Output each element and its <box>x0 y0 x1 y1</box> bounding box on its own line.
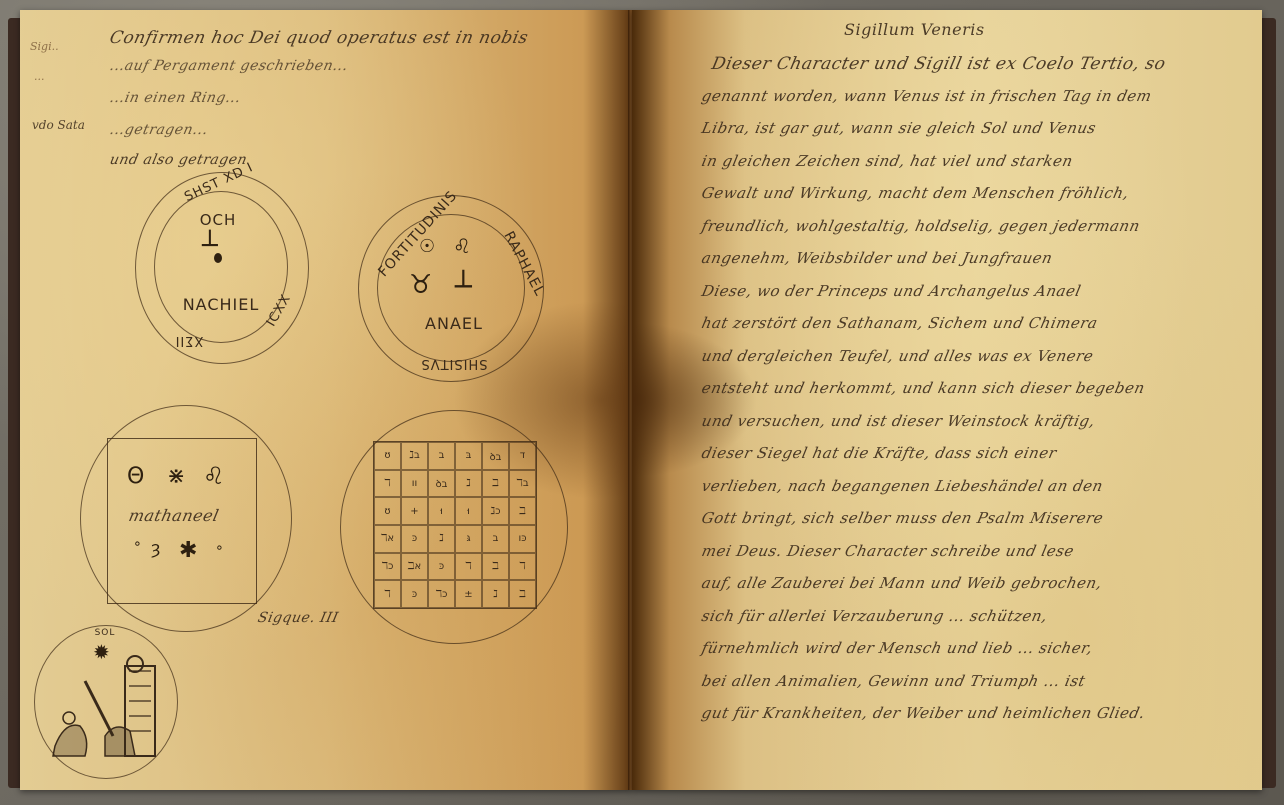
handwritten-line: entsteht und herkommt, und kann sich die… <box>700 379 1147 397</box>
handwritten-line: freundlich, wohlgestaltig, holdselig, ge… <box>700 217 1142 235</box>
grid-cell: ℸ <box>509 553 536 581</box>
handwritten-line: ...auf Pergament geschrieben... <box>108 58 349 74</box>
grid-cell: ℶ <box>509 497 536 525</box>
handwritten-line: Confirmen hoc Dei quod operatus est in n… <box>108 28 530 48</box>
right-page: Sigillum Veneris Dieser Character und Si… <box>632 10 1262 790</box>
handwritten-line: und also getragen <box>108 152 248 168</box>
grid-cell: ב <box>482 525 509 553</box>
seal-lower-text: ΧΣΙΙ <box>164 333 214 348</box>
king-throne-illustration-icon <box>35 626 177 778</box>
seal-inner-top: OCH <box>188 211 248 229</box>
grid-cell: + <box>401 497 428 525</box>
grid-cell: ℶ <box>509 580 536 608</box>
page-title: Sigillum Veneris <box>844 20 985 39</box>
grid-cell: ꝺב <box>482 442 509 470</box>
handwritten-line: genannt worden, wann Venus ist in frisch… <box>700 87 1153 105</box>
handwritten-line: gut für Krankheiten, der Weiber und heim… <box>700 704 1147 722</box>
seal-inner-text: mathaneel <box>127 506 221 525</box>
seal-inner-bottom: ANAEL <box>409 314 499 333</box>
grid-cell: בּ <box>455 442 482 470</box>
star-cross-symbol-icon: ⋇ <box>167 464 185 489</box>
grid-cell: ℷ <box>482 580 509 608</box>
handwritten-line: Dieser Character und Sigill ist ex Coelo… <box>710 54 1168 74</box>
circle-symbol-icon: ∘ <box>215 540 224 556</box>
ink-dot-icon <box>214 253 222 263</box>
handwritten-line: bei allen Animalien, Gewinn und Triumph … <box>700 672 1087 690</box>
handwritten-line: auf, alle Zauberei bei Mann und Weib geb… <box>700 574 1104 592</box>
grid-cell: וּ <box>455 497 482 525</box>
handwritten-line: Gewalt und Wirkung, macht dem Menschen f… <box>700 184 1131 202</box>
handwritten-line: mei Deus. Dieser Character schreibe und … <box>700 542 1076 560</box>
grid-cell: ℸ <box>455 553 482 581</box>
handwritten-line: in gleichen Zeichen sind, hat viel und s… <box>700 152 1075 170</box>
grid-cell: ℷ <box>428 525 455 553</box>
handwritten-line: und dergleichen Teufel, und alles was ex… <box>700 347 1095 365</box>
figure-caption: Sigque. III <box>256 610 340 626</box>
margin-note: ... <box>34 70 45 83</box>
handwritten-line: Libra, ist gar gut, wann sie gleich Sol … <box>700 119 1098 137</box>
handwritten-line: angenehm, Weibsbilder und bei Jungfrauen <box>700 249 1054 267</box>
taurus-symbol-icon: ♉ <box>409 270 432 300</box>
grid-cell: כּ <box>401 580 428 608</box>
seal-outer-bottom: SHISITVS <box>399 356 509 371</box>
grid-cell: ℸ <box>374 470 401 498</box>
handwritten-line: verlieben, nach begangenen Liebeshändel … <box>700 477 1105 495</box>
grid-cell: ʊ <box>374 442 401 470</box>
handwritten-line: hat zerstört den Sathanam, Sichem und Ch… <box>700 314 1099 332</box>
seal-magic-square: ʊℷבבבּꝺבדℸווꝺבℷℶℸבʊ+וּוּℷּכℶℸאכּℷגּבכּוℸ… <box>340 410 568 644</box>
seal-anael: FORTITUDINIS RAPHAEL SHISITVS ☉ ♌ ♉ ┴ AN… <box>358 195 544 382</box>
handwritten-line: und versuchen, und ist dieser Weinstock … <box>700 412 1097 430</box>
grid-cell: ʊ <box>374 497 401 525</box>
grid-cell: ℸב <box>509 470 536 498</box>
margin-note: vdo Sata <box>32 118 85 132</box>
grid-cell: כּו <box>509 525 536 553</box>
grid-cell: ℸכ <box>428 580 455 608</box>
grid-cell: ℶ <box>482 470 509 498</box>
grid-cell: ד <box>509 442 536 470</box>
grid-cell: ב <box>428 442 455 470</box>
grid-cell: ℷב <box>401 442 428 470</box>
handwritten-line: Diese, wo der Princeps und Archangelus A… <box>700 282 1083 300</box>
yogh-symbol-icon: ȝ <box>151 538 160 559</box>
handwritten-line: fürnehmlich wird der Mensch und lieb ...… <box>700 639 1094 657</box>
theta-symbol-icon: Θ <box>127 464 144 489</box>
margin-note: Sigi.. <box>30 40 59 53</box>
magic-square-grid: ʊℷבבבּꝺבדℸווꝺבℷℶℸבʊ+וּוּℷּכℶℸאכּℷגּבכּוℸ… <box>373 441 537 609</box>
grid-cell: ℷ <box>455 470 482 498</box>
venus-seal-glyph-icon: ┴ <box>455 270 472 303</box>
seal-mathaneel: Θ ⋇ ♌ mathaneel ∘ ȝ ✱ ∘ <box>80 405 292 632</box>
grid-cell: ℶ <box>482 553 509 581</box>
grid-cell: ± <box>455 580 482 608</box>
asterisk-symbol-icon: ✱ <box>179 538 197 563</box>
grid-cell: וּ <box>428 497 455 525</box>
grid-cell: וו <box>401 470 428 498</box>
grid-cell: ℸא <box>374 525 401 553</box>
grid-cell: ꝺב <box>428 470 455 498</box>
grid-cell: ℸכ <box>374 553 401 581</box>
handwritten-line: sich für allerlei Verzauberung ... schüt… <box>700 607 1049 625</box>
handwritten-line: ...in einen Ring... <box>108 90 242 106</box>
left-page: Sigi.. ... vdo Sata Confirmen hoc Dei qu… <box>20 10 632 790</box>
seal-inner-bottom: NACHIEL <box>166 295 276 314</box>
handwritten-line: ...getragen... <box>108 122 209 138</box>
seal-sol: SOL ✹ <box>34 625 178 779</box>
circle-symbol-icon: ∘ <box>133 536 142 552</box>
grid-cell: כּ <box>428 553 455 581</box>
grid-cell: כּ <box>401 525 428 553</box>
grid-cell: ℸ <box>374 580 401 608</box>
handwritten-line: dieser Siegel hat die Kräfte, dass sich … <box>700 444 1058 462</box>
handwritten-line: Gott bringt, sich selber muss den Psalm … <box>700 509 1105 527</box>
leo-symbol-icon: ♌ <box>203 462 225 490</box>
grid-cell: ℷּכ <box>482 497 509 525</box>
grid-cell: ℶא <box>401 553 428 581</box>
seal-nachiel: SHST XD I OCH ┴ NACHIEL ΧΣΙΙ ΙCΧΧ <box>135 172 309 364</box>
sun-symbol-icon: ☉ <box>419 236 435 257</box>
grid-cell: גּ <box>455 525 482 553</box>
leo-symbol-icon: ♌ <box>453 234 471 258</box>
